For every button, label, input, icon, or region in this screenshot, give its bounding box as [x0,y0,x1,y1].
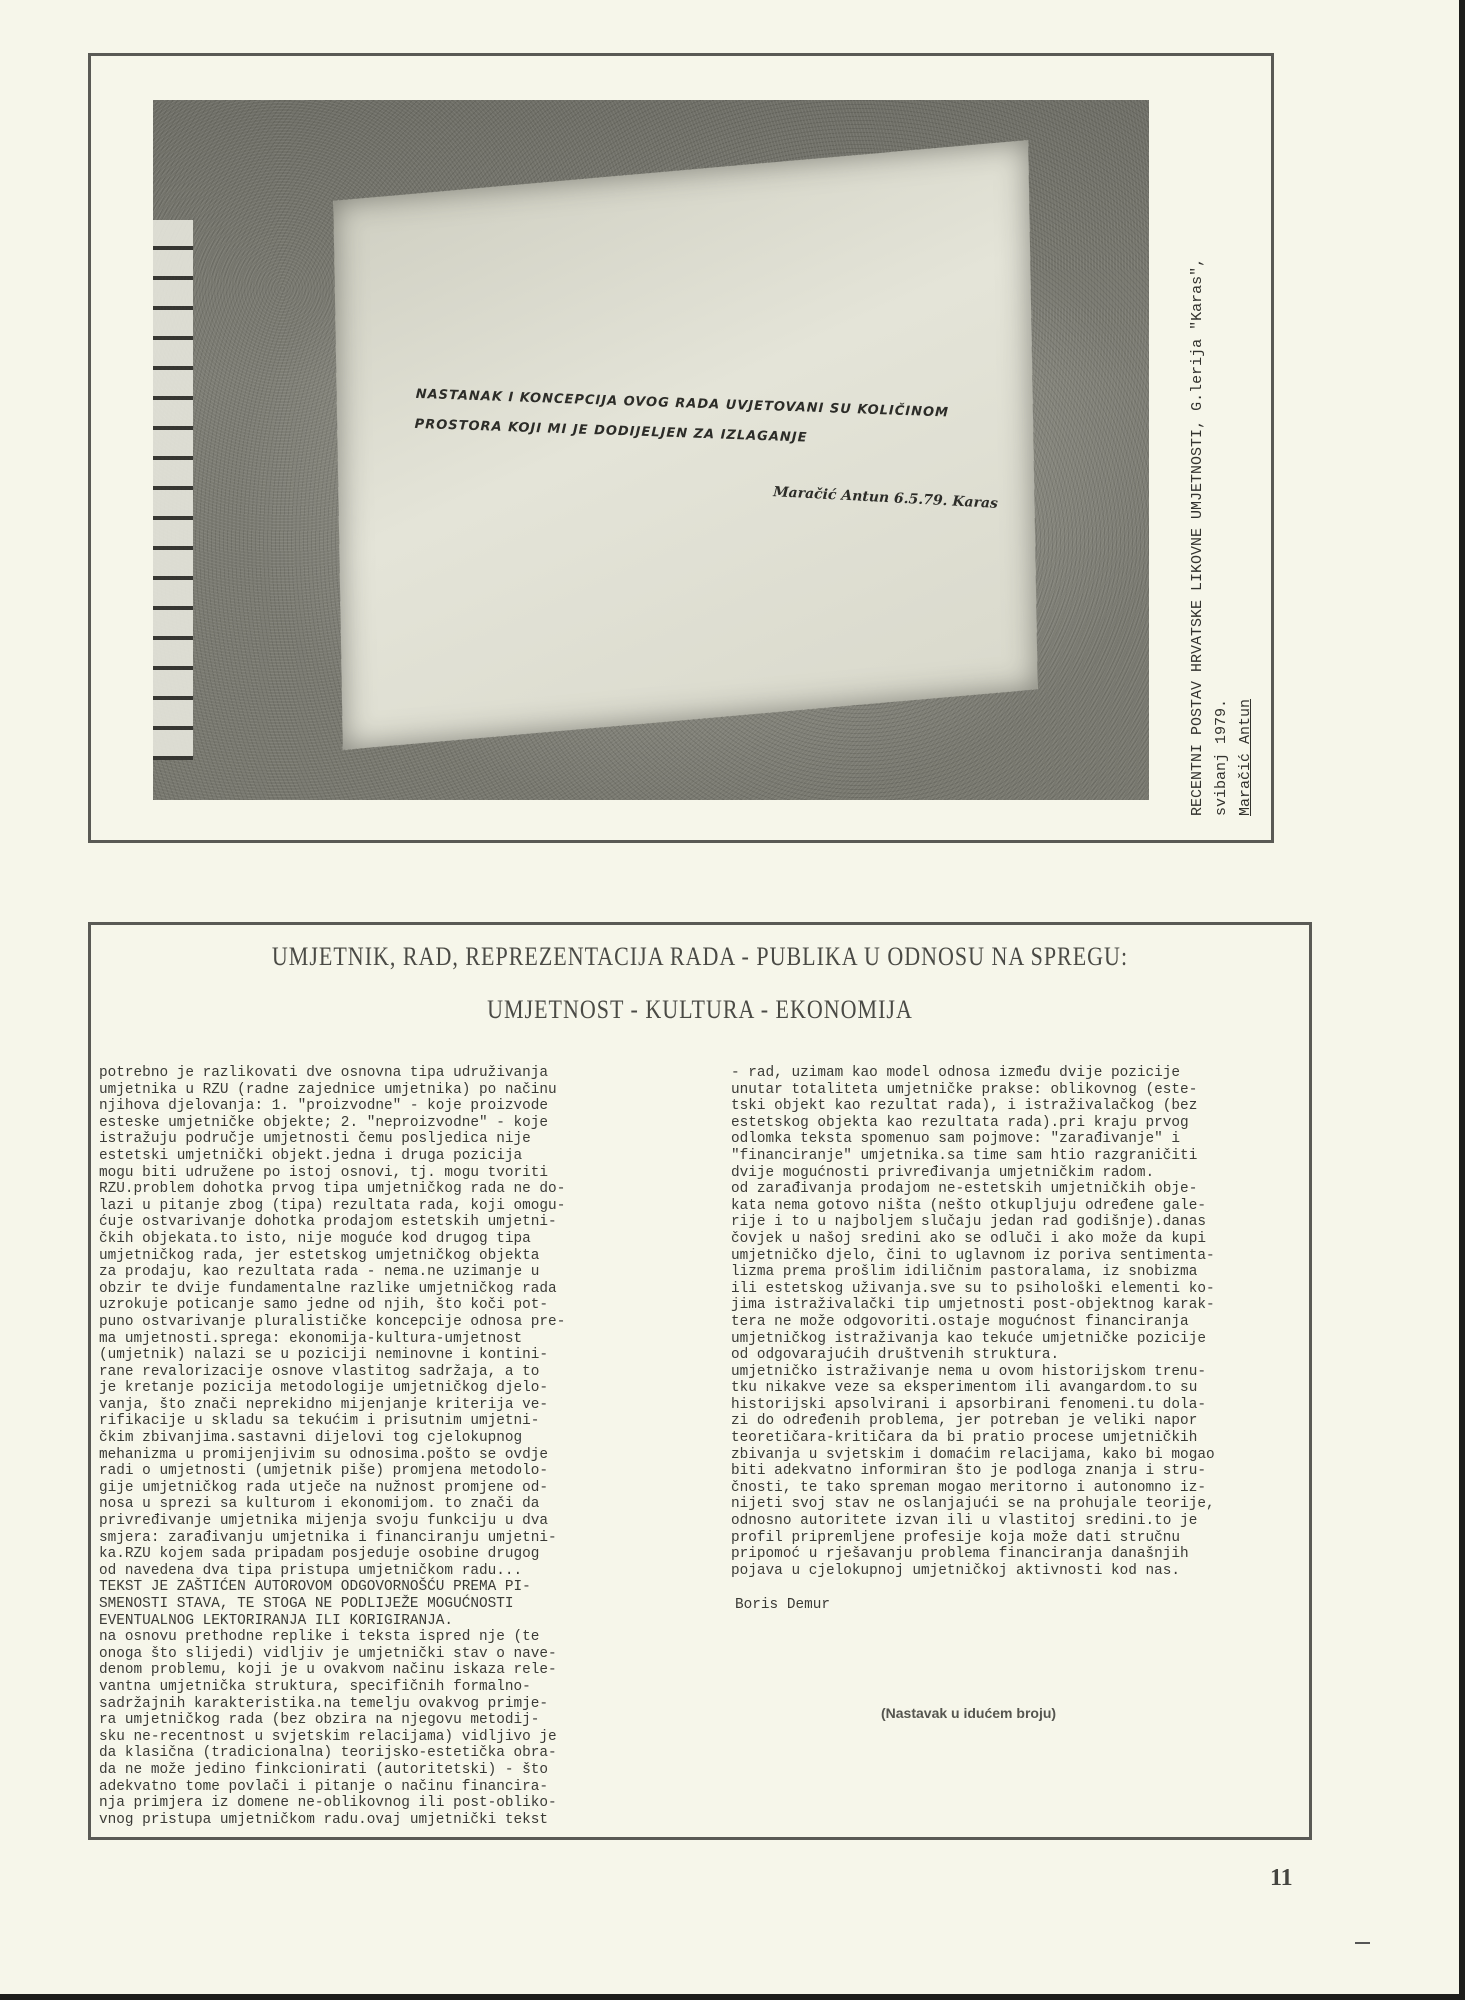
text-line: adekvatno tome povlači i pitanje o način… [99,1779,679,1796]
text-line: jima istraživalački tip umjetnosti post-… [731,1297,1311,1314]
scan-edge-bottom [0,1994,1465,2000]
text-line: za prodaju, kao rezultata rada - nema.ne… [99,1264,679,1281]
text-line: ćuje ostvarivanje dohotka prodajom estet… [99,1214,679,1231]
text-line: nja primjera iz domene ne-oblikovnog ili… [99,1795,679,1812]
text-line: TEKST JE ZAŠTIĆEN AUTOROVOM ODGOVORNOŠĆU… [99,1579,679,1596]
article-headline: UMJETNIK, RAD, REPREZENTACIJA RADA - PUB… [91,930,1309,1036]
text-line: čovjek u našoj sredini ako se odluči i a… [731,1231,1311,1248]
text-line: čnosti, te tako spreman mogao meritorno … [731,1480,1311,1497]
text-line: vantna umjetnička struktura, specifičnih… [99,1679,679,1696]
text-line: ra umjetničkog rada (bez obzira na njego… [99,1712,679,1729]
text-line: umjetničko istraživanje nema u ovom hist… [731,1364,1311,1381]
text-line: lazi u pitanje zbog (tipa) rezultata rad… [99,1198,679,1215]
text-line: sadržajnih karakteristika.na temelju ova… [99,1696,679,1713]
text-line: tera ne može odgovoriti.ostaje mogućnost… [731,1314,1311,1331]
text-line: - rad, uzimam kao model odnosa između dv… [731,1065,1311,1082]
text-line: historijski apsolvirani i apsorbirani fe… [731,1397,1311,1414]
headline-line-1: UMJETNIK, RAD, REPREZENTACIJA RADA - PUB… [91,930,1309,983]
continued-note: (Nastavak u idućem broju) [881,1705,1056,1721]
text-line: ili estetskog uživanja.sve su to psiholo… [731,1281,1311,1298]
text-line: ma umjetnosti.sprega: ekonomija-kultura-… [99,1331,679,1348]
text-line: vanja, što znači neprekidno mijenjanje k… [99,1397,679,1414]
text-line: od navedena dva tipa pristupa umjetničko… [99,1563,679,1580]
text-line: umjetnika u RZU (radne zajednice umjetni… [99,1082,679,1099]
text-line: privređivanje umjetnika mijenja svoju fu… [99,1513,679,1530]
text-line: umjetničkog rada, jer estetskog umjetnič… [99,1248,679,1265]
text-line: nijeti svoj stav ne oslanjajući se na pr… [731,1496,1311,1513]
text-line: obzir te dvije fundamentalne razlike umj… [99,1281,679,1298]
text-line: čkih objekata.to isto, nije moguće kod d… [99,1231,679,1248]
text-line: zi do određenih problema, jer potreban j… [731,1413,1311,1430]
text-line: rane revalorizacije osnove vlastitog sad… [99,1364,679,1381]
text-line: profil pripremljene profesije koja može … [731,1530,1311,1547]
text-line: lizma prema prošlim idiličnim pastoralam… [731,1264,1311,1281]
scan-mark [1355,1942,1370,1944]
text-line: istražuju područje umjetnosti čemu poslj… [99,1131,679,1148]
window-blinds [153,220,193,760]
article-box: UMJETNIK, RAD, REPREZENTACIJA RADA - PUB… [88,922,1312,1840]
text-line: od odgovarajućih društvenih struktura. [731,1347,1311,1364]
text-line: pripomoć u rješavanju problema financira… [731,1546,1311,1563]
text-line: odlomka teksta spomenuo sam pojmove: "za… [731,1131,1311,1148]
text-line: esteske umjetničke objekte; 2. "neproizv… [99,1115,679,1132]
text-line: na osnovu prethodne replike i teksta isp… [99,1629,679,1646]
caption-line: svibanj 1979. [1210,76,1234,816]
article-column-left: potrebno je razlikovati dve osnovna tipa… [99,1065,679,1828]
text-line: pojava u cjelokupnoj umjetničkoj aktivno… [731,1563,1311,1580]
exhibition-photo: NASTANAK I KONCEPCIJA OVOG RADA UVJETOVA… [153,100,1149,800]
text-line: nosa u sprezi sa kulturom i ekonomijom. … [99,1496,679,1513]
text-line: "financiranje" umjetnika.sa time sam hti… [731,1148,1311,1165]
text-line: rifikacije u skladu sa tekućim i prisutn… [99,1413,679,1430]
text-line: onoga što slijedi) vidljiv je umjetnički… [99,1646,679,1663]
text-line: da ne može jedino finkcionirati (autorit… [99,1762,679,1779]
text-line: teoretičara-kritičara da bi pratio proce… [731,1430,1311,1447]
scan-edge-right [1459,0,1465,2000]
text-line: zbivanja u svjetskim i domaćim relacijam… [731,1447,1311,1464]
text-line: odnosno autoritete izvan ili u vlastitoj… [731,1513,1311,1530]
text-line: je kretanje pozicija metodologije umjetn… [99,1380,679,1397]
figure-box: NASTANAK I KONCEPCIJA OVOG RADA UVJETOVA… [88,53,1274,843]
photo-caption: RECENTNI POSTAV HRVATSKE LIKOVNE UMJETNO… [1186,76,1272,816]
text-line: denom problemu, koji je u ovakvom načinu… [99,1662,679,1679]
text-line: smjera: zarađivanju umjetnika i financir… [99,1530,679,1547]
text-line: kata nema gotovo ništa (nešto otkupljuju… [731,1198,1311,1215]
caption-line: RECENTNI POSTAV HRVATSKE LIKOVNE UMJETNO… [1186,76,1210,816]
text-line: umjetničkog istraživanja kao tekuće umje… [731,1331,1311,1348]
text-line: dvije mogućnosti privređivanja umjetničk… [731,1165,1311,1182]
text-line: mehanizma u promijenjivim su odnosima.po… [99,1447,679,1464]
text-line: EVENTUALNOG LEKTORIRANJA ILI KORIGIRANJA… [99,1613,679,1630]
text-line: tku nikakve veze sa eksperimentom ili av… [731,1380,1311,1397]
text-line: njihova djelovanja: 1. "proizvodne" - ko… [99,1098,679,1115]
text-line: od zarađivanja prodajom ne-estetskih umj… [731,1181,1311,1198]
text-line: sku ne-recentnost u svjetskim relacijama… [99,1729,679,1746]
text-line: mogu biti udružene po istoj osnovi, tj. … [99,1165,679,1182]
text-line: čkim zbivanjima.sastavni dijelovi tog cj… [99,1430,679,1447]
text-line: puno ostvarivanje pluralističke koncepci… [99,1314,679,1331]
text-line: radi o umjetnosti (umjetnik piše) promje… [99,1463,679,1480]
text-line: gije umjetničkog rada utječe na nužnost … [99,1480,679,1497]
text-line: SMENOSTI STAVA, TE STOGA NE PODLIJEŽE MO… [99,1596,679,1613]
caption-line: Maračić Antun [1234,76,1258,816]
text-line: ka.RZU kojem sada pripadam posjeduje oso… [99,1546,679,1563]
text-line: RZU.problem dohotka prvog tipa umjetničk… [99,1181,679,1198]
text-line: vnog pristupa umjetničkom radu.ovaj umje… [99,1812,679,1829]
headline-line-2: UMJETNOST - KULTURA - EKONOMIJA [91,983,1309,1036]
text-line: rije i to u najboljem slučaju jedan rad … [731,1214,1311,1231]
text-line: uzrokuje poticanje samo jedne od njih, š… [99,1297,679,1314]
text-line: biti adekvatno informiran što je podloga… [731,1463,1311,1480]
text-line: (umjetnik) nalazi se u poziciji neminovn… [99,1347,679,1364]
text-line: tski objekt kao rezultat rada), i istraž… [731,1098,1311,1115]
text-line: unutar totaliteta umjetničke prakse: obl… [731,1082,1311,1099]
text-line: estetskog objekta kao rezultata rada).pr… [731,1115,1311,1132]
text-line: da klasična (tradicionalna) teorijsko-es… [99,1745,679,1762]
text-line: potrebno je razlikovati dve osnovna tipa… [99,1065,679,1082]
text-line: umjetničko djelo, čini to uglavnom iz po… [731,1248,1311,1265]
article-column-right: - rad, uzimam kao model odnosa između dv… [731,1065,1311,1579]
text-line: estetski umjetnički objekt.jedna i druga… [99,1148,679,1165]
page-number: 11 [1270,1865,1293,1892]
author-signature: Boris Demur [735,1597,830,1613]
